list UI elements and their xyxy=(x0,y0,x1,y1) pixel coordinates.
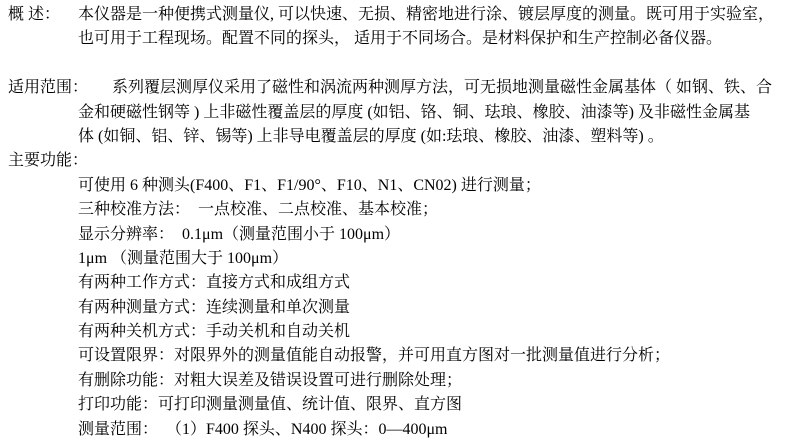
text-line: 三种校准方法： 一点校准、二点校准、基本校准； xyxy=(0,198,800,222)
line-text: 可使用 6 种测头(F400、F1、F1/90°、F10、N1、CN02) 进行… xyxy=(0,174,800,198)
section-line: 概 述：本仪器是一种便携式测量仪, 可以快速、无损、精密地进行涂、镀层厚度的测量… xyxy=(0,3,800,27)
line-text: 有两种工作方式：直接方式和成组方式 xyxy=(0,271,800,295)
line-text: 有两种测量方式：连续测量和单次测量 xyxy=(0,296,800,320)
section-line: 主要功能： xyxy=(0,149,800,173)
document-body: 概 述：本仪器是一种便携式测量仪, 可以快速、无损、精密地进行涂、镀层厚度的测量… xyxy=(0,0,800,442)
line-text: 可设置限界：对限界外的测量值能自动报警，并可用直方图对一批测量值进行分析； xyxy=(0,344,800,368)
section-label: 主要功能： xyxy=(8,149,88,173)
line-text: 体 (如铜、铝、锌、锡等) 上非导电覆盖层的厚度 (如:珐琅、橡胶、油漆、塑料等… xyxy=(0,125,800,149)
text-line: 测量范围： （1）F400 探头、N400 探头：0—400μm xyxy=(0,418,800,442)
text-line: 有两种测量方式：连续测量和单次测量 xyxy=(0,296,800,320)
line-text: 金和硬磁性钢等 ) 上非磁性覆盖层的厚度 (如铝、铬、铜、珐琅、橡胶、油漆等) … xyxy=(0,101,800,125)
text-line: 可使用 6 种测头(F400、F1、F1/90°、F10、N1、CN02) 进行… xyxy=(0,174,800,198)
text-line: 1μm （测量范围大于 100μm） xyxy=(0,247,800,271)
line-text: 显示分辨率： 0.1μm（测量范围小于 100μm） xyxy=(0,223,800,247)
line-text: 也可用于工程现场。配置不同的探头， 适用于不同场合。是材料保护和生产控制必备仪器… xyxy=(0,27,800,51)
text-line: 也可用于工程现场。配置不同的探头， 适用于不同场合。是材料保护和生产控制必备仪器… xyxy=(0,27,800,51)
line-text: 1μm （测量范围大于 100μm） xyxy=(0,247,800,271)
text-line: 体 (如铜、铝、锌、锡等) 上非导电覆盖层的厚度 (如:珐琅、橡胶、油漆、塑料等… xyxy=(0,125,800,149)
section-label: 适用范围： xyxy=(8,76,88,100)
line-text: 有删除功能：对粗大误差及错误设置可进行删除处理； xyxy=(0,369,800,393)
line-text: 打印功能：可打印测量测量值、统计值、限界、直方图 xyxy=(0,393,800,417)
text-line: 有删除功能：对粗大误差及错误设置可进行删除处理； xyxy=(0,369,800,393)
text-line: 有两种工作方式：直接方式和成组方式 xyxy=(0,271,800,295)
document-page: 概 述：本仪器是一种便携式测量仪, 可以快速、无损、精密地进行涂、镀层厚度的测量… xyxy=(0,0,800,445)
text-line: 显示分辨率： 0.1μm（测量范围小于 100μm） xyxy=(0,223,800,247)
line-text: 本仪器是一种便携式测量仪, 可以快速、无损、精密地进行涂、镀层厚度的测量。既可用… xyxy=(0,3,800,27)
line-text: 测量范围： （1）F400 探头、N400 探头：0—400μm xyxy=(0,418,800,442)
line-text: 系列覆层测厚仪采用了磁性和涡流两种测厚方法，可无损地测量磁性金属基体（ 如钢、铁… xyxy=(0,76,800,100)
section-label: 概 述： xyxy=(8,3,60,27)
text-line: 金和硬磁性钢等 ) 上非磁性覆盖层的厚度 (如铝、铬、铜、珐琅、橡胶、油漆等) … xyxy=(0,101,800,125)
text-line: 打印功能：可打印测量测量值、统计值、限界、直方图 xyxy=(0,393,800,417)
line-text: 有两种关机方式：手动关机和自动关机 xyxy=(0,320,800,344)
text-line: 有两种关机方式：手动关机和自动关机 xyxy=(0,320,800,344)
text-line: 可设置限界：对限界外的测量值能自动报警，并可用直方图对一批测量值进行分析； xyxy=(0,344,800,368)
text-line xyxy=(0,52,800,76)
line-text: 三种校准方法： 一点校准、二点校准、基本校准； xyxy=(0,198,800,222)
section-line: 适用范围：系列覆层测厚仪采用了磁性和涡流两种测厚方法，可无损地测量磁性金属基体（… xyxy=(0,76,800,100)
